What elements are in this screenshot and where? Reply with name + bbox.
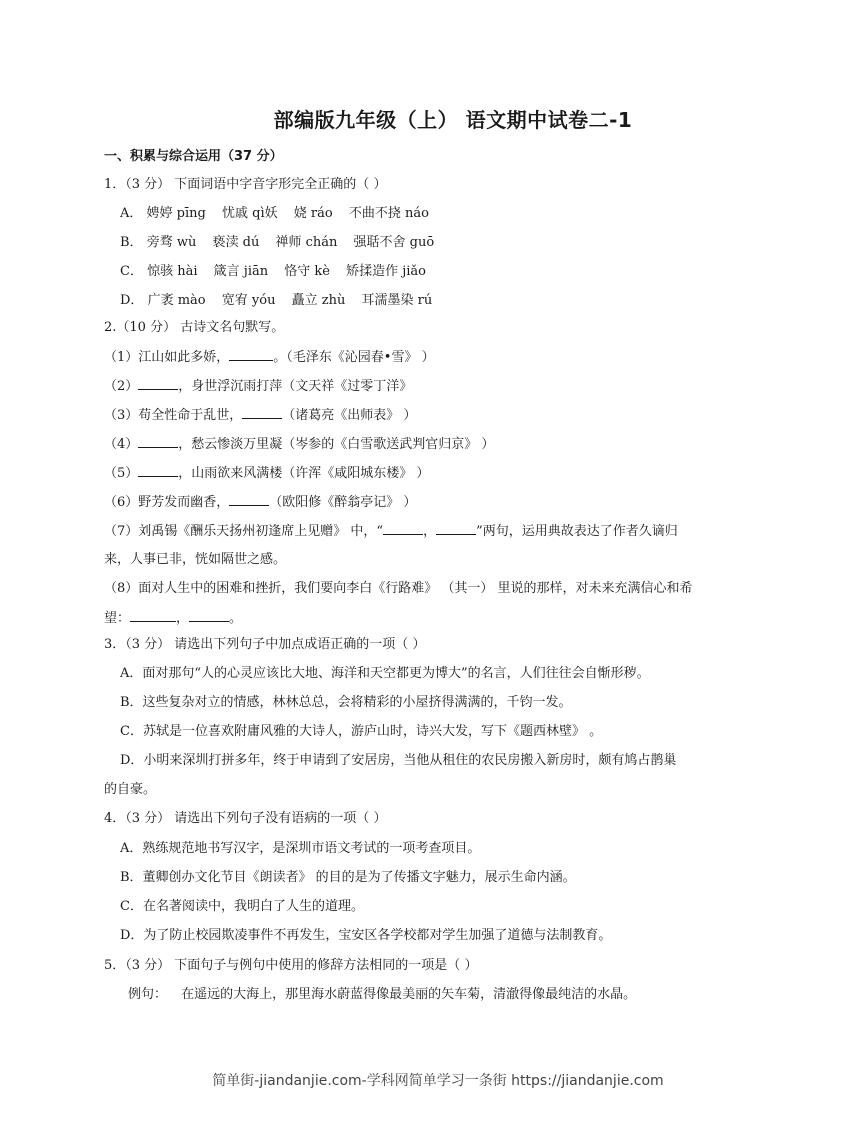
q1-option-d: D． 广袤 mào 宽宥 yóu 矗立 zhù 耳濡墨染 rú [120, 292, 444, 310]
item-text: ”两句，运用典故表达了作者久谪归 [476, 524, 678, 539]
question-3-stem: 3．（3 分） 请选出下列句子中加点成语正确的一项（ ） [104, 636, 425, 654]
q4-option-c: C．在名著阅读中，我明白了人生的道理。 [120, 898, 364, 916]
option-item: 亵渎 dú [212, 234, 259, 252]
item-text: （2） [104, 379, 138, 394]
option-label: D． [120, 293, 143, 308]
item-text: ， [176, 611, 189, 626]
option-item: 惊骇 hài [147, 263, 197, 281]
q2-item-7-line-2: 来，人事已非，恍如隔世之感。 [104, 551, 286, 569]
question-1-stem: 1．（3 分） 下面词语中字音字形完全正确的（ ） [104, 176, 386, 194]
answer-blank[interactable] [383, 522, 423, 535]
q2-item-5: （5），山雨欲来风满楼（许浑《咸阳城东楼》 ） [104, 464, 429, 483]
answer-blank[interactable] [138, 377, 178, 390]
item-text: ，山雨欲来风满楼（许浑《咸阳城东楼》 ） [178, 466, 429, 481]
q3-option-d-line-2: 的自豪。 [104, 781, 156, 799]
option-item: 广袤 mào [148, 292, 206, 310]
option-item: 娆 ráo [294, 205, 333, 223]
q2-item-7-line-1: （7）刘禹锡《酬乐天扬州初逢席上见赠》 中，“，”两句，运用典故表达了作者久谪归 [104, 522, 678, 541]
question-4-stem: 4．（3 分） 请选出下列句子没有语病的一项（ ） [104, 810, 386, 828]
q1-option-c: C． 惊骇 hài 箴言 jiān 恪守 kè 矫揉造作 jiǎo [120, 263, 438, 281]
option-item: 忧戚 qì妖 [222, 205, 278, 223]
answer-blank[interactable] [229, 348, 273, 361]
option-item: 箴言 jiān [214, 263, 268, 281]
q3-option-d-line-1: D．小明来深圳打拼多年，终于申请到了安居房，当他从租住的农民房搬入新房时，颇有鸠… [120, 752, 676, 770]
q2-item-6: （6）野芳发而幽香，（欧阳修《醉翁亭记》 ） [104, 493, 416, 512]
q2-item-1: （1）江山如此多娇，。（毛泽东《沁园春•雪》 ） [104, 348, 435, 367]
q3-option-c: C．苏轼是一位喜欢附庸风雅的大诗人，游庐山时，诗兴大发，写下《题西林壁》 。 [120, 723, 602, 741]
option-label: A． [120, 206, 142, 221]
option-label: C． [120, 264, 143, 279]
answer-blank[interactable] [189, 609, 229, 622]
option-item: 旁骛 wù [147, 234, 197, 252]
item-text: （6）野芳发而幽香， [104, 495, 229, 510]
q2-item-4: （4），愁云惨淡万里凝（岑参的《白雪歌送武判官归京》 ） [104, 435, 494, 454]
q4-option-d: D．为了防止校园欺凌事件不再发生，宝安区各学校都对学生加强了道德与法制教育。 [120, 927, 611, 945]
exam-page: 部编版九年级（上） 语文期中试卷二-1 一、积累与综合运用（37 分） 1．（3… [0, 0, 866, 1122]
option-item: 禅师 chán [275, 234, 337, 252]
question-2-stem: 2.（10 分） 古诗文名句默写。 [104, 319, 284, 337]
question-5-stem: 5．（3 分） 下面句子与例句中使用的修辞方法相同的一项是（ ） [104, 957, 477, 975]
q2-item-8-line-2: 望：，。 [104, 609, 242, 628]
option-item: 娉婷 pīng [147, 205, 206, 223]
q1-option-b: B． 旁骛 wù 亵渎 dú 禅师 chán 强聒不舍 guō [120, 234, 446, 252]
answer-blank[interactable] [242, 406, 282, 419]
option-item: 不曲不挠 náo [349, 205, 429, 223]
answer-blank[interactable] [436, 522, 476, 535]
option-item: 矫揉造作 jiǎo [346, 263, 426, 281]
item-text: （诸葛亮《出师表》 ） [282, 408, 416, 423]
item-text: ，身世浮沉雨打萍（文天祥《过零丁洋》 [178, 379, 412, 394]
q2-item-3: （3）苟全性命于乱世，（诸葛亮《出师表》 ） [104, 406, 416, 425]
option-item: 强聒不舍 guō [354, 234, 435, 252]
item-text: ，愁云惨淡万里凝（岑参的《白雪歌送武判官归京》 ） [178, 437, 494, 452]
item-text: （欧阳修《醉翁亭记》 ） [269, 495, 416, 510]
item-text: 。 [229, 611, 242, 626]
example-label: 例句： [128, 987, 167, 1002]
item-text: （7）刘禹锡《酬乐天扬州初逢席上见赠》 中，“ [104, 524, 383, 539]
q4-option-a: A．熟练规范地书写汉字，是深圳市语文考试的一项考查项目。 [120, 840, 480, 858]
option-item: 恪守 kè [284, 263, 330, 281]
item-text: ， [423, 524, 436, 539]
q1-option-a: A． 娉婷 pīng 忧戚 qì妖 娆 ráo 不曲不挠 náo [120, 205, 441, 223]
section-heading: 一、积累与综合运用（37 分） [104, 148, 283, 166]
item-text: （5） [104, 466, 138, 481]
answer-blank[interactable] [138, 464, 178, 477]
q3-option-a: A．面对那句“人的心灵应该比大地、海洋和天空都更为博大”的名言，人们往往会自惭形… [120, 665, 650, 683]
item-text: （1）江山如此多娇， [104, 350, 229, 365]
q2-item-8-line-1: （8）面对人生中的困难和挫折，我们要向李白《行路难》 （其一） 里说的那样，对未… [104, 580, 693, 598]
option-item: 矗立 zhù [292, 292, 346, 310]
option-label: B． [120, 235, 143, 250]
answer-blank[interactable] [130, 609, 176, 622]
q5-example: 例句： 在遥远的大海上，那里海水蔚蓝得像最美丽的矢车菊，清澈得像最纯洁的水晶。 [128, 986, 636, 1004]
page-title: 部编版九年级（上） 语文期中试卷二-1 [0, 104, 866, 133]
answer-blank[interactable] [138, 435, 178, 448]
answer-blank[interactable] [229, 493, 269, 506]
item-text: 望： [104, 611, 130, 626]
q4-option-b: B．董卿创办文化节目《朗读者》 的目的是为了传播文字魅力，展示生命内涵。 [120, 869, 576, 887]
example-text: 在遥远的大海上，那里海水蔚蓝得像最美丽的矢车菊，清澈得像最纯洁的水晶。 [181, 987, 636, 1002]
item-text: （4） [104, 437, 138, 452]
item-text: （3）苟全性命于乱世， [104, 408, 242, 423]
footer-watermark: 简单街-jiandanjie.com-学科网简单学习一条街 https://ji… [0, 1070, 866, 1090]
option-item: 宽宥 yóu [222, 292, 276, 310]
item-text: 。（毛泽东《沁园春•雪》 ） [273, 350, 434, 365]
q2-item-2: （2），身世浮沉雨打萍（文天祥《过零丁洋》 [104, 377, 412, 396]
option-item: 耳濡墨染 rú [361, 292, 432, 310]
q3-option-b: B．这些复杂对立的情感，林林总总，会将精彩的小屋挤得满满的，千钧一发。 [120, 694, 572, 712]
